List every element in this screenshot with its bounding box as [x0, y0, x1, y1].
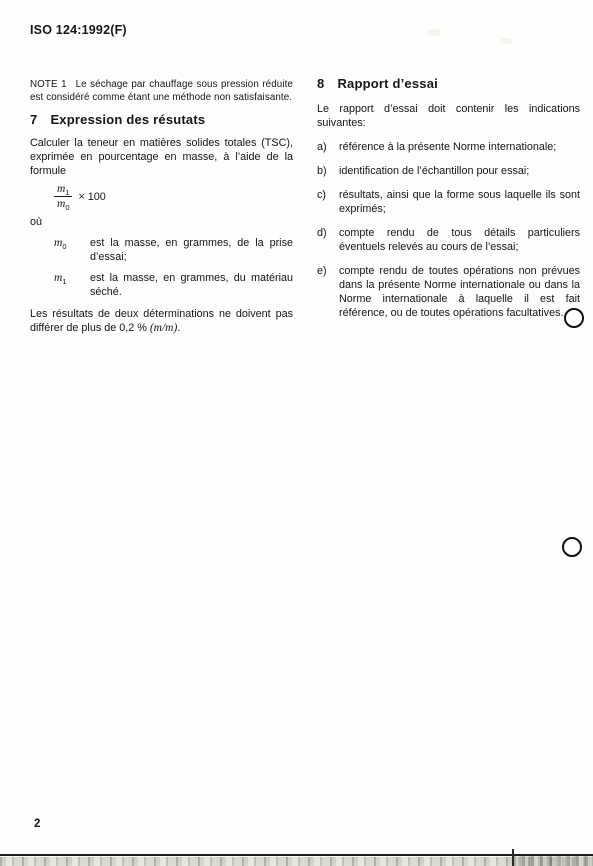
- scan-noise-strip-dark: [513, 856, 593, 866]
- scan-noise-strip: [0, 857, 593, 866]
- footer-rule: [0, 854, 593, 856]
- report-item-c: c) résultats, ainsi que la forme sous la…: [317, 188, 580, 216]
- formula-multiplier: × 100: [78, 191, 105, 203]
- fraction-denominator: m0: [54, 197, 72, 210]
- item-b-label: b): [317, 164, 339, 178]
- page-number: 2: [34, 818, 40, 830]
- section-8-heading: 8Rapport d’essai: [317, 76, 580, 91]
- closing-math: (m/m): [150, 322, 177, 334]
- section-8-number: 8: [317, 76, 324, 91]
- symbol-m0: m0: [54, 236, 90, 264]
- scan-tick: [512, 849, 514, 866]
- where-label: où: [30, 215, 293, 229]
- section-8-intro: Le rapport d’essai doit contenir les ind…: [317, 102, 580, 130]
- section-7-title: Expression des résutats: [50, 112, 205, 127]
- fraction: m1 m0: [54, 183, 72, 210]
- item-d-label: d): [317, 226, 339, 254]
- item-c-text: résultats, ainsi que la forme sous laque…: [339, 188, 580, 216]
- note-label: NOTE 1: [30, 79, 67, 90]
- item-d-text: compte rendu de tous détails particulier…: [339, 226, 580, 254]
- section-8-title: Rapport d’essai: [337, 76, 438, 91]
- right-column: 8Rapport d’essai Le rapport d’essai doit…: [317, 76, 580, 320]
- numerator-subscript: 1: [65, 188, 69, 197]
- formula: m1 m0 × 100: [54, 183, 293, 210]
- item-a-text: référence à la présente Norme internatio…: [339, 140, 580, 154]
- fraction-numerator: m1: [54, 183, 72, 197]
- report-item-b: b) identification de l’échantillon pour …: [317, 164, 580, 178]
- report-item-e: e) compte rendu de toutes opérations non…: [317, 264, 580, 320]
- note-text: Le séchage par chauffage sous pression r…: [30, 79, 293, 103]
- scan-smudge: [500, 38, 512, 44]
- closing-period: .: [177, 322, 180, 334]
- punch-hole-top: [564, 308, 584, 328]
- report-item-a: a) référence à la présente Norme interna…: [317, 140, 580, 154]
- section-7-intro: Calculer la teneur en matières solides t…: [30, 136, 293, 178]
- item-e-label: e): [317, 264, 339, 320]
- denominator-subscript: 0: [65, 203, 69, 212]
- item-b-text: identification de l’échantillon pour ess…: [339, 164, 580, 178]
- document-page: ISO 124:1992(F) NOTE 1Le séchage par cha…: [0, 0, 593, 866]
- report-item-d: d) compte rendu de tous détails particul…: [317, 226, 580, 254]
- page-title: ISO 124:1992(F): [30, 23, 127, 37]
- punch-hole-bottom: [562, 537, 582, 557]
- symbol-m1: m1: [54, 271, 90, 299]
- item-c-label: c): [317, 188, 339, 216]
- definition-row-m0: m0 est la masse, en grammes, de la prise…: [54, 236, 293, 264]
- section-7-heading: 7Expression des résutats: [30, 112, 293, 127]
- definition-row-m1: m1 est la masse, en grammes, du matériau…: [54, 271, 293, 299]
- item-a-label: a): [317, 140, 339, 154]
- definition-m1-text: est la masse, en grammes, du matériau sé…: [90, 271, 293, 299]
- item-e-text: compte rendu de toutes opérations non pr…: [339, 264, 580, 320]
- definition-m0-text: est la masse, en grammes, de la prise d’…: [90, 236, 293, 264]
- symbol-m1-subscript: 1: [62, 277, 66, 286]
- section-7-number: 7: [30, 112, 37, 127]
- left-column: NOTE 1Le séchage par chauffage sous pres…: [30, 78, 293, 335]
- note-paragraph: NOTE 1Le séchage par chauffage sous pres…: [30, 78, 293, 104]
- scan-smudge: [427, 29, 441, 36]
- symbol-m0-subscript: 0: [62, 242, 66, 251]
- closing-paragraph: Les résultats de deux déterminations ne …: [30, 307, 293, 335]
